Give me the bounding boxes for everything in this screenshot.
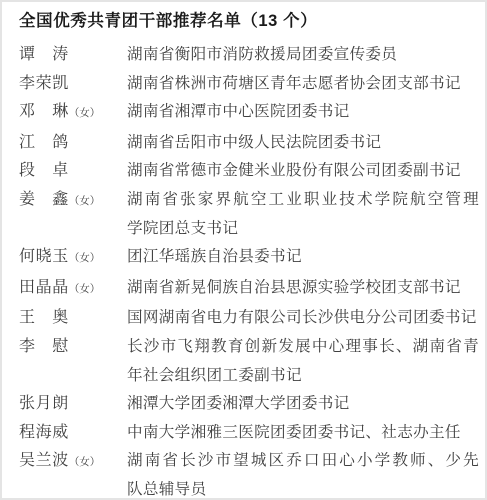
position-cell: 湘潭大学团委湘潭大学团委书记 [127, 390, 479, 419]
position-cell: 湖南省岳阳市中级人民法院团委书记 [127, 129, 479, 158]
position-line: 湖南省长沙市望城区乔口田心小学教师、少先 [127, 447, 479, 476]
name-cell: 何晓玉（女） [19, 243, 127, 274]
position-line: 湘潭大学团委湘潭大学团委书记 [127, 390, 479, 419]
table-row: 王 奥国网湖南省电力有限公司长沙供电分公司团委书记 [19, 304, 479, 333]
female-marker: （女） [69, 108, 101, 119]
position-cell: 长沙市飞翔教育创新发展中心理事长、湖南省青年社会组织团工委副书记 [127, 333, 479, 390]
table-row: 姜 鑫（女）湖南省张家界航空工业职业技术学院航空管理学院团总支书记 [19, 186, 479, 243]
female-marker: （女） [69, 196, 101, 207]
position-line: 长沙市飞翔教育创新发展中心理事长、湖南省青 [127, 333, 479, 362]
position-line: 队总辅导员 [127, 476, 479, 500]
table-row: 邓 琳（女）湖南省湘潭市中心医院团委书记 [19, 98, 479, 129]
position-cell: 湖南省张家界航空工业职业技术学院航空管理学院团总支书记 [127, 186, 479, 243]
position-line: 中南大学湘雅三医院团委团委书记、社志办主任 [127, 419, 479, 448]
position-cell: 湖南省长沙市望城区乔口田心小学教师、少先队总辅导员 [127, 447, 479, 500]
table-row: 吴兰波（女）湖南省长沙市望城区乔口田心小学教师、少先队总辅导员 [19, 447, 479, 500]
position-line: 团江华瑶族自治县委书记 [127, 243, 479, 272]
table-row: 江 鸽湖南省岳阳市中级人民法院团委书记 [19, 129, 479, 158]
position-line: 湖南省新晃侗族自治县思源实验学校团支部书记 [127, 274, 479, 303]
position-line: 学院团总支书记 [127, 215, 479, 244]
position-cell: 中南大学湘雅三医院团委团委书记、社志办主任 [127, 419, 479, 448]
table-row: 何晓玉（女）团江华瑶族自治县委书记 [19, 243, 479, 274]
page-title: 全国优秀共青团干部推荐名单（13 个） [19, 9, 479, 33]
name-cell: 谭 涛 [19, 41, 127, 70]
position-line: 湖南省湘潭市中心医院团委书记 [127, 98, 479, 127]
roster-list: 谭 涛湖南省衡阳市消防救援局团委宣传委员李荣凯湖南省株洲市荷塘区青年志愿者协会团… [19, 41, 479, 500]
document-page: 全国优秀共青团干部推荐名单（13 个） 谭 涛湖南省衡阳市消防救援局团委宣传委员… [0, 0, 487, 500]
table-row: 段 卓湖南省常德市金健米业股份有限公司团委副书记 [19, 157, 479, 186]
position-cell: 湖南省株洲市荷塘区青年志愿者协会团支部书记 [127, 70, 479, 99]
position-line: 国网湖南省电力有限公司长沙供电分公司团委书记 [127, 304, 479, 333]
name-cell: 程海威 [19, 419, 127, 448]
name-cell: 张月朗 [19, 390, 127, 419]
position-cell: 国网湖南省电力有限公司长沙供电分公司团委书记 [127, 304, 479, 333]
position-cell: 团江华瑶族自治县委书记 [127, 243, 479, 272]
name-cell: 江 鸽 [19, 129, 127, 158]
name-cell: 王 奥 [19, 304, 127, 333]
position-line: 湖南省株洲市荷塘区青年志愿者协会团支部书记 [127, 70, 479, 99]
position-line: 湖南省常德市金健米业股份有限公司团委副书记 [127, 157, 479, 186]
table-row: 谭 涛湖南省衡阳市消防救援局团委宣传委员 [19, 41, 479, 70]
name-cell: 邓 琳（女） [19, 98, 127, 129]
table-row: 田晶晶（女）湖南省新晃侗族自治县思源实验学校团支部书记 [19, 274, 479, 305]
table-row: 程海威中南大学湘雅三医院团委团委书记、社志办主任 [19, 419, 479, 448]
name-cell: 李 慰 [19, 333, 127, 362]
table-row: 张月朗湘潭大学团委湘潭大学团委书记 [19, 390, 479, 419]
female-marker: （女） [69, 284, 101, 295]
position-line: 湖南省衡阳市消防救援局团委宣传委员 [127, 41, 479, 70]
position-cell: 湖南省湘潭市中心医院团委书记 [127, 98, 479, 127]
female-marker: （女） [69, 253, 101, 264]
name-cell: 段 卓 [19, 157, 127, 186]
female-marker: （女） [69, 457, 101, 468]
position-line: 湖南省张家界航空工业职业技术学院航空管理 [127, 186, 479, 215]
table-row: 李 慰长沙市飞翔教育创新发展中心理事长、湖南省青年社会组织团工委副书记 [19, 333, 479, 390]
table-row: 李荣凯湖南省株洲市荷塘区青年志愿者协会团支部书记 [19, 70, 479, 99]
position-line: 年社会组织团工委副书记 [127, 362, 479, 391]
name-cell: 吴兰波（女） [19, 447, 127, 478]
name-cell: 李荣凯 [19, 70, 127, 99]
name-cell: 姜 鑫（女） [19, 186, 127, 217]
position-cell: 湖南省常德市金健米业股份有限公司团委副书记 [127, 157, 479, 186]
position-line: 湖南省岳阳市中级人民法院团委书记 [127, 129, 479, 158]
name-cell: 田晶晶（女） [19, 274, 127, 305]
position-cell: 湖南省新晃侗族自治县思源实验学校团支部书记 [127, 274, 479, 303]
position-cell: 湖南省衡阳市消防救援局团委宣传委员 [127, 41, 479, 70]
